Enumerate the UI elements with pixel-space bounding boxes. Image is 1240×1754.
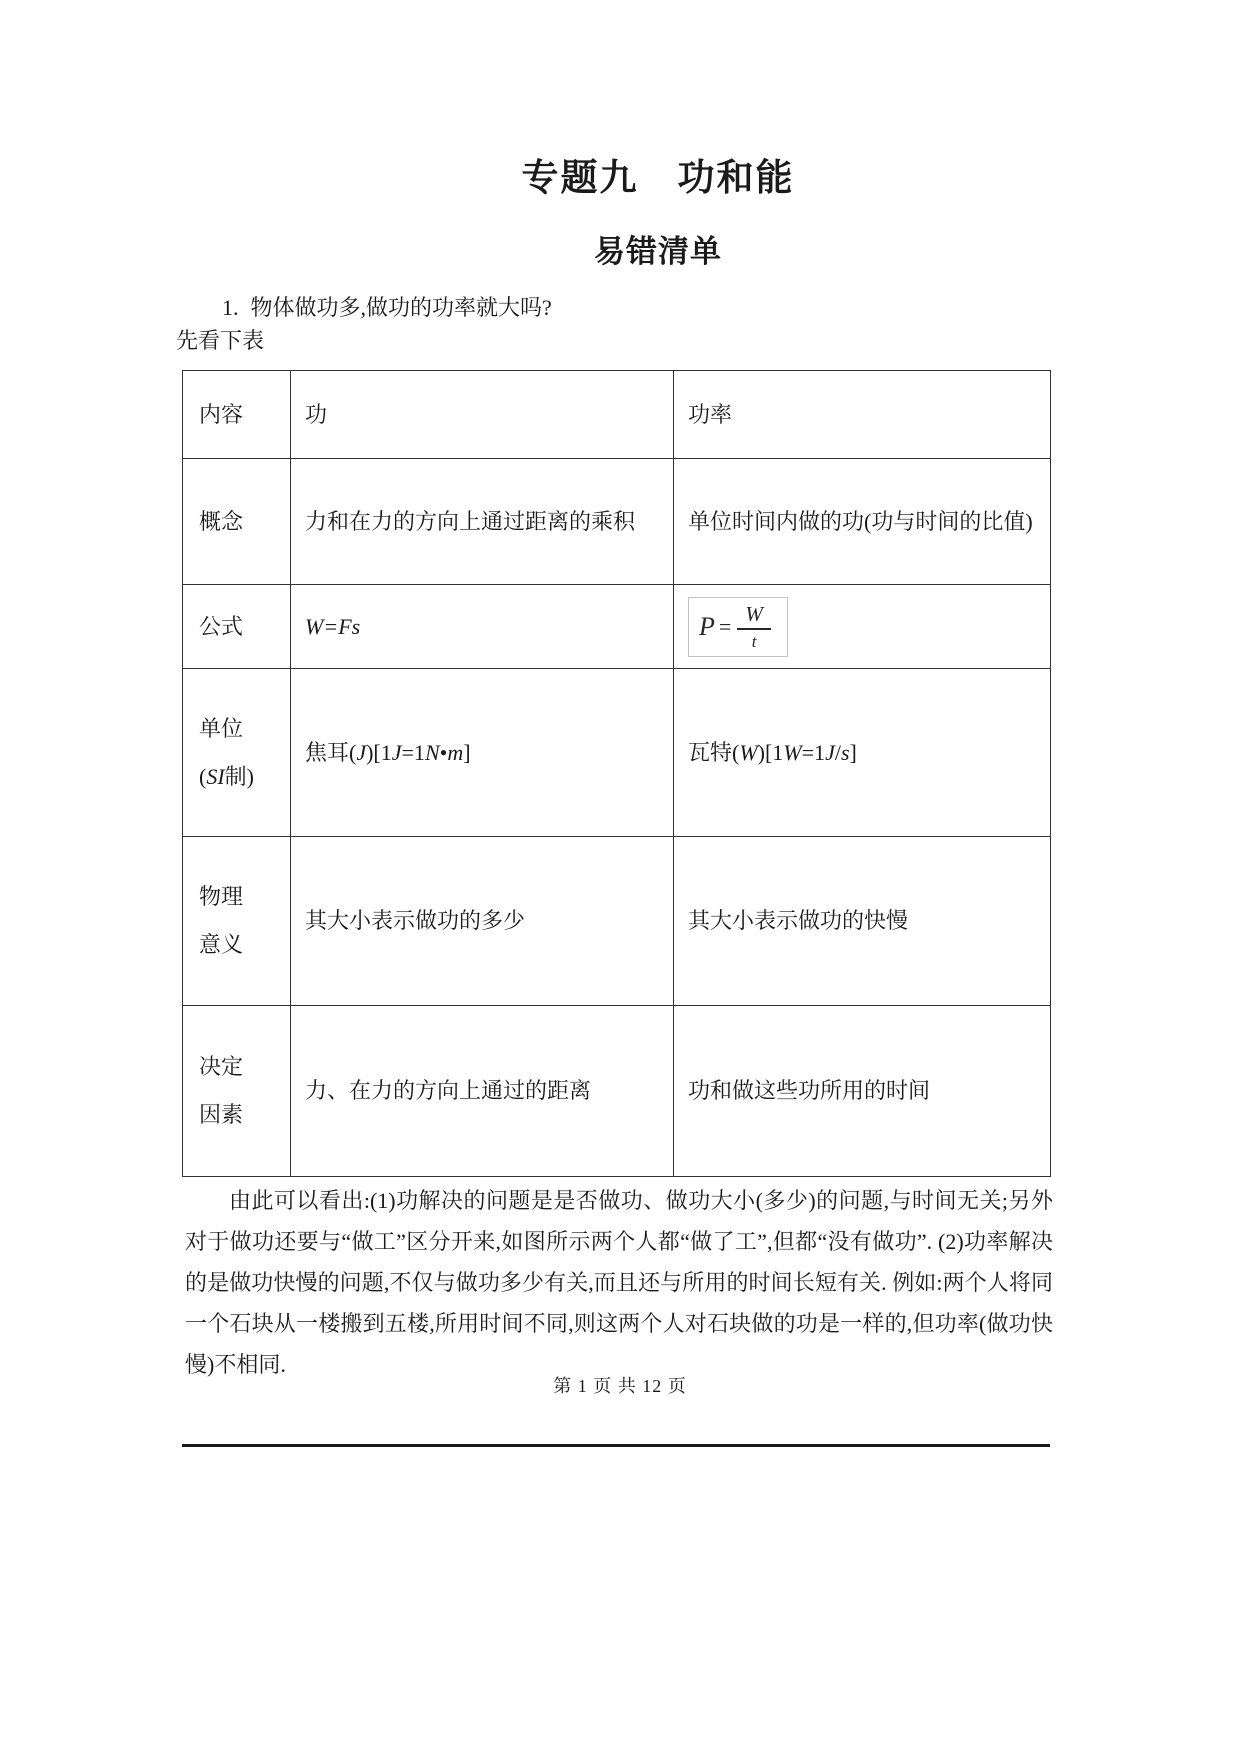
unit-label-line2: (SI制) — [199, 753, 282, 801]
factor-work-cell: 力、在力的方向上通过的距离 — [291, 1006, 674, 1177]
question-number: 1. — [222, 295, 239, 320]
table-row-deciding-factor: 决定 因素 力、在力的方向上通过的距离 功和做这些功所用的时间 — [183, 1006, 1051, 1177]
row-label-concept: 概念 — [183, 459, 291, 585]
table-row-formula: 公式 W=Fs P = W t — [183, 585, 1051, 669]
row-label-formula: 公式 — [183, 585, 291, 669]
question-item: 1.物体做功多,做功的功率就大吗? — [222, 291, 552, 322]
factor-label-line1: 决定 — [199, 1043, 282, 1091]
meaning-label-line2: 意义 — [199, 921, 282, 969]
page-title: 专题九 功和能 — [76, 147, 1240, 201]
question-text: 物体做功多,做功的功率就大吗? — [251, 295, 552, 320]
meaning-work-cell: 其大小表示做功的多少 — [291, 837, 674, 1006]
table-intro-text: 先看下表 — [176, 324, 264, 355]
factor-power-cell: 功和做这些功所用的时间 — [674, 1006, 1051, 1177]
header-cell-work: 功 — [291, 371, 674, 459]
table-header-row: 内容 功 功率 — [183, 371, 1051, 459]
table-row-unit: 单位 (SI制) 焦耳(J)[1J=1N•m] 瓦特(W)[1W=1J/s] — [183, 669, 1051, 837]
meaning-power-cell: 其大小表示做功的快慢 — [674, 837, 1051, 1006]
formula-work-cell: W=Fs — [291, 585, 674, 669]
unit-power-cell: 瓦特(W)[1W=1J/s] — [674, 669, 1051, 837]
row-label-factor: 决定 因素 — [183, 1006, 291, 1177]
header-cell-content: 内容 — [183, 371, 291, 459]
row-label-meaning: 物理 意义 — [183, 837, 291, 1006]
table-row-concept: 概念 力和在力的方向上通过距离的乘积 单位时间内做的功(功与时间的比值) — [183, 459, 1051, 585]
page-footer: 第 1 页 共 12 页 — [0, 1372, 1240, 1398]
concept-work-cell: 力和在力的方向上通过距离的乘积 — [291, 459, 674, 585]
formula-fraction: W t — [737, 604, 771, 650]
formula-denominator: t — [752, 630, 757, 650]
formula-numerator: W — [737, 604, 771, 630]
row-label-unit: 单位 (SI制) — [183, 669, 291, 837]
unit-label-line1: 单位 — [199, 705, 282, 753]
section-title: 易错清单 — [76, 226, 1240, 271]
formula-power-cell: P = W t — [674, 585, 1051, 669]
concept-power-cell: 单位时间内做的功(功与时间的比值) — [674, 459, 1051, 585]
work-power-comparison-table: 内容 功 功率 概念 力和在力的方向上通过距离的乘积 单位时间内做的功(功与时间… — [182, 370, 1051, 1177]
power-formula: P = W t — [688, 597, 788, 657]
header-cell-power: 功率 — [674, 371, 1051, 459]
meaning-label-line1: 物理 — [199, 873, 282, 921]
formula-equals: = — [719, 612, 731, 642]
footer-rule — [182, 1444, 1050, 1447]
formula-lhs: P — [699, 612, 715, 642]
document-page: 专题九 功和能 易错清单 1.物体做功多,做功的功率就大吗? 先看下表 内容 功… — [0, 0, 1240, 1754]
explanation-paragraph: 由此可以看出:(1)功解决的问题是是否做功、做功大小(多少)的问题,与时间无关;… — [185, 1180, 1053, 1385]
factor-label-line2: 因素 — [199, 1091, 282, 1139]
table-row-physical-meaning: 物理 意义 其大小表示做功的多少 其大小表示做功的快慢 — [183, 837, 1051, 1006]
unit-work-cell: 焦耳(J)[1J=1N•m] — [291, 669, 674, 837]
